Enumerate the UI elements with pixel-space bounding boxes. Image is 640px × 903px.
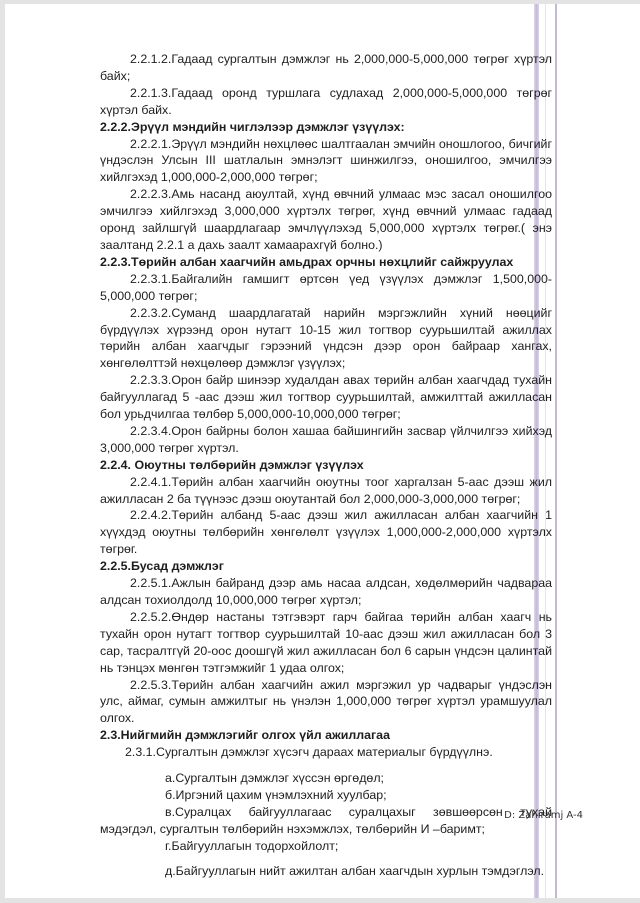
list-item: г.Байгууллагын тодорхойлолт;: [100, 838, 552, 855]
clause-2-2-5-1: 2.2.5.1.Ажлын байранд дээр амь насаа алд…: [100, 575, 552, 609]
section-heading-2-2-2: 2.2.2.Эрүүл мэндийн чиглэлээр дэмжлэг үз…: [100, 119, 552, 136]
scan-artifact-line: [555, 4, 557, 898]
list-item: в.Суралцах байгууллагаас суралцахыг зөвш…: [100, 804, 552, 838]
clause-2-2-3-1: 2.2.3.1.Байгалийн гамшигт өртсөн үед үзү…: [100, 271, 552, 305]
clause-2-2-1-2: 2.2.1.2.Гадаад сургалтын дэмжлэг нь 2,00…: [100, 51, 552, 85]
clause-2-2-3-2: 2.2.3.2.Суманд шаардлагатай нарийн мэргэ…: [100, 305, 552, 373]
list-item: д.Байгууллагын нийт ажилтан албан хаагчд…: [100, 863, 552, 880]
document-body: 2.2.1.2.Гадаад сургалтын дэмжлэг нь 2,00…: [100, 51, 552, 880]
page-footer: D: Zahiramj A-4: [504, 810, 583, 821]
clause-2-2-3-4: 2.2.3.4.Орон байрны болон хашаа байшинги…: [100, 423, 552, 457]
list-item: б.Иргэний цахим үнэмлэхний хуулбар;: [100, 787, 552, 804]
clause-2-2-4-1: 2.2.4.1.Төрийн албан хаагчийн оюутны тоо…: [100, 474, 552, 508]
clause-2-2-3-3: 2.2.3.3.Орон байр шинээр худалдан авах т…: [100, 372, 552, 423]
clause-2-2-1-3: 2.2.1.3.Гадаад оронд туршлага судлахад 2…: [100, 85, 552, 119]
spacer: [100, 855, 552, 863]
clause-2-2-2-3: 2.2.2.3.Амь насанд аюултай, хүнд өвчний …: [100, 186, 552, 254]
section-heading-2-2-3: 2.2.3.Төрийн албан хаагчийн амьдрах орчн…: [100, 254, 552, 271]
section-heading-2-2-4: 2.2.4. Оюутны төлбөрийн дэмжлэг үзүүлэх: [100, 457, 552, 474]
section-heading-2-2-5: 2.2.5.Бусад дэмжлэг: [100, 558, 552, 575]
clause-2-2-5-2: 2.2.5.2.Өндөр настаны тэтгэвэрт гарч бай…: [100, 609, 552, 677]
spacer: [100, 761, 552, 770]
list-item: а.Сургалтын дэмжлэг хүссэн өргөдөл;: [100, 770, 552, 787]
clause-2-2-2-1: 2.2.2.1.Эрүүл мэндийн нөхцлөөс шалтгаала…: [100, 136, 552, 187]
section-heading-2-3: 2.3.Нийгмийн дэмжлэгийг олгох үйл ажилла…: [100, 727, 552, 744]
clause-2-2-4-2: 2.2.4.2.Төрийн албанд 5-аас дээш жил ажи…: [100, 507, 552, 558]
clause-2-3-1: 2.3.1.Сургалтын дэмжлэг хүсэгч дараах ма…: [100, 744, 552, 761]
clause-2-2-5-3: 2.2.5.3.Төрийн албан хаагчийн ажил мэргэ…: [100, 677, 552, 728]
